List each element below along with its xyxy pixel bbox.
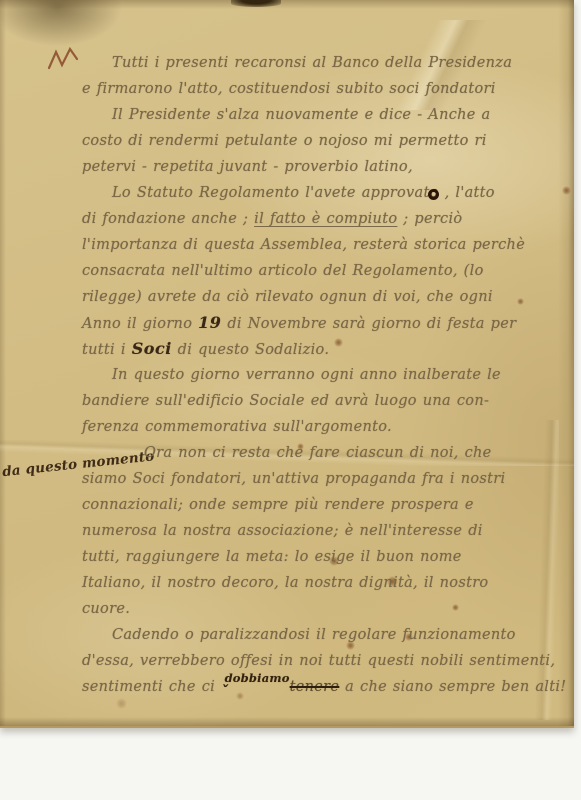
underlined-phrase: il fatto è compiuto	[254, 211, 397, 227]
text-segment: l'importanza di questa Assemblea, rester…	[82, 237, 525, 253]
manuscript-line: bandiere sull'edificio Sociale ed avrà l…	[82, 388, 562, 414]
manuscript-line: tutti, raggiungere la meta: lo esige il …	[82, 544, 562, 570]
text-segment: petervi - repetita juvant - proverbio la…	[82, 159, 413, 175]
text-segment: connazionali; onde sempre più rendere pr…	[82, 497, 474, 513]
text-segment: cuore.	[82, 601, 130, 617]
manuscript-line: ferenza commemorativa sull'argomento.	[82, 414, 562, 440]
manuscript-line: e firmarono l'atto, costituendosi subito…	[82, 76, 562, 102]
text-segment: numerosa la nostra associazione; è nell'…	[82, 523, 483, 539]
manuscript-line: Il Presidente s'alza nuovamente e dice -…	[82, 102, 562, 128]
struck-out-word: tenere	[290, 679, 340, 695]
text-segment: costo di rendermi petulante o nojoso mi …	[82, 133, 487, 149]
manuscript-line: d'essa, verrebbero offesi in noi tutti q…	[82, 648, 562, 674]
text-segment: Anno il giorno	[82, 316, 198, 332]
manuscript-line: sentimenti che ci ˇdobbiamotenere a che …	[82, 674, 562, 700]
manuscript-line: tutti i Soci di questo Sodalizio.	[82, 336, 562, 362]
text-segment: rilegge) avrete da ciò rilevato ognun di…	[82, 289, 493, 305]
text-segment: di fondazione anche ;	[82, 211, 254, 227]
text-segment: bandiere sull'edificio Sociale ed avrà l…	[82, 393, 489, 409]
text-segment: d'essa, verrebbero offesi in noi tutti q…	[82, 653, 555, 669]
manuscript-text: Tutti i presenti recaronsi al Banco dell…	[82, 50, 562, 700]
text-segment: a che siano sempre ben alti!	[339, 679, 566, 695]
text-segment: di Novembre sarà giorno di festa per	[221, 316, 516, 332]
text-segment: Italiano, il nostro decoro, la nostra di…	[82, 575, 488, 591]
text-segment: Il Presidente s'alza nuovamente e dice -…	[112, 107, 491, 123]
text-segment: , l'atto	[439, 185, 495, 201]
manuscript-line: costo di rendermi petulante o nojoso mi …	[82, 128, 562, 154]
text-segment: Ora non ci resta che fare ciascun di noi…	[144, 445, 492, 461]
text-segment: Tutti i presenti recaronsi al Banco dell…	[112, 55, 512, 71]
manuscript-line: Anno il giorno 19 di Novembre sarà giorn…	[82, 310, 562, 336]
manuscript-line: l'importanza di questa Assemblea, rester…	[82, 232, 562, 258]
ink-blot-character: o	[430, 185, 439, 201]
text-segment: di questo Sodalizio.	[172, 342, 329, 358]
text-segment: e firmarono l'atto, costituendosi subito…	[82, 81, 496, 97]
manuscript-line: numerosa la nostra associazione; è nell'…	[82, 518, 562, 544]
text-segment: consacrata nell'ultimo articolo del Rego…	[82, 263, 484, 279]
text-segment: tutti, raggiungere la meta: lo esige il …	[82, 549, 462, 565]
text-segment: Lo Statuto Regolamento l'avete approvat	[112, 185, 430, 201]
manuscript-line: Lo Statuto Regolamento l'avete approvato…	[82, 180, 562, 206]
text-segment: ferenza commemorativa sull'argomento.	[82, 419, 392, 435]
manuscript-line: Ora non ci resta che fare ciascun di noi…	[82, 440, 562, 466]
manuscript-line: petervi - repetita juvant - proverbio la…	[82, 154, 562, 180]
emphasized-word: 19	[198, 313, 221, 332]
stain-spot	[562, 186, 571, 195]
text-segment: tutti i	[82, 342, 132, 358]
text-segment: sentimenti che ci	[82, 679, 221, 695]
manuscript-line: In questo giorno verranno ogni anno inal…	[82, 362, 562, 388]
inserted-word: dobbiamo	[225, 671, 290, 685]
scanned-document-page: da questo momento Tutti i presenti recar…	[0, 0, 574, 728]
manuscript-line: di fondazione anche ; il fatto è compiut…	[82, 206, 562, 232]
text-segment: ; perciò	[397, 211, 462, 227]
manuscript-line: siamo Soci fondatori, un'attiva propagan…	[82, 466, 562, 492]
text-segment: In questo giorno verranno ogni anno inal…	[112, 367, 501, 383]
text-segment: Cadendo o paralizzandosi il regolare fun…	[112, 627, 516, 643]
manuscript-line: Cadendo o paralizzandosi il regolare fun…	[82, 622, 562, 648]
emphasized-word: Soci	[132, 339, 172, 358]
manuscript-line: cuore.	[82, 596, 562, 622]
torn-edge-notch	[231, 0, 281, 7]
manuscript-line: consacrata nell'ultimo articolo del Rego…	[82, 258, 562, 284]
manuscript-line: connazionali; onde sempre più rendere pr…	[82, 492, 562, 518]
pen-scribble-mark	[46, 46, 82, 76]
text-segment: siamo Soci fondatori, un'attiva propagan…	[82, 471, 505, 487]
manuscript-line: Italiano, il nostro decoro, la nostra di…	[82, 570, 562, 596]
manuscript-line: rilegge) avrete da ciò rilevato ognun di…	[82, 284, 562, 310]
manuscript-line: Tutti i presenti recaronsi al Banco dell…	[82, 50, 562, 76]
